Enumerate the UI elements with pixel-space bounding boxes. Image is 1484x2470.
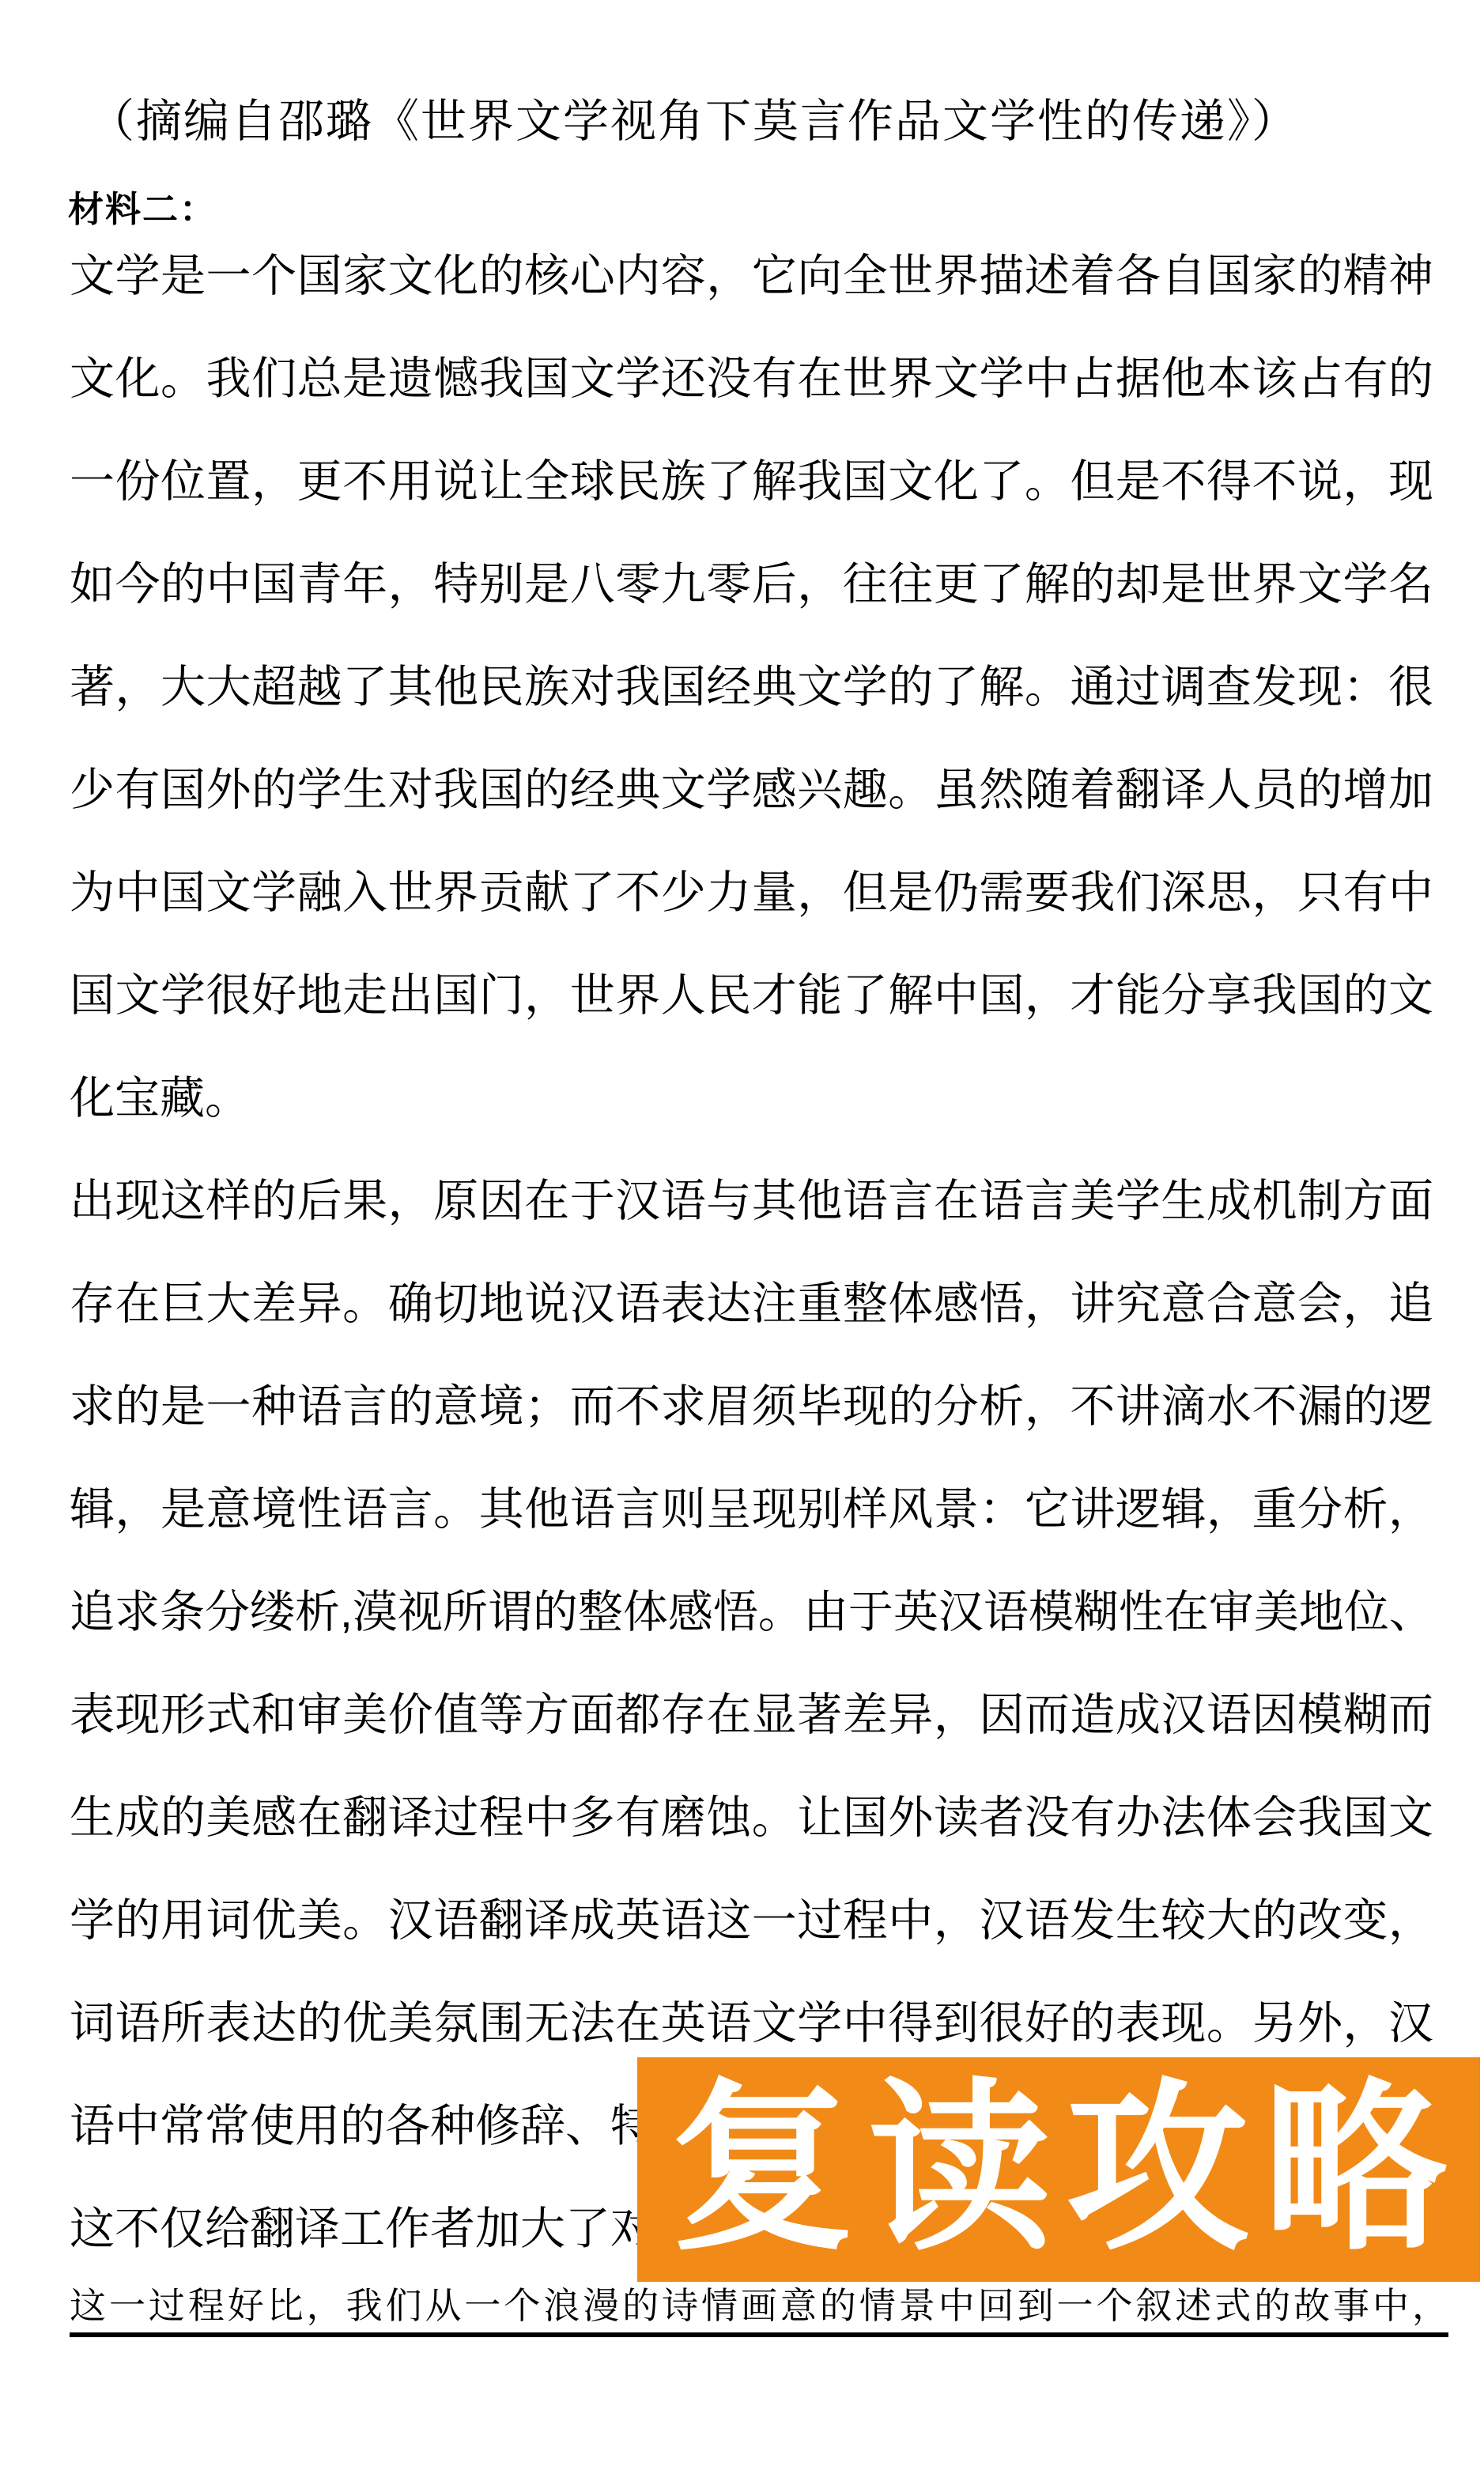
text-line: 出现这样的后果，原因在于汉语与其他语言在语言美学生成机制方面 — [70, 1150, 1433, 1252]
text-line: 追求条分缕析,漠视所谓的整体感悟。由于英汉语模糊性在审美地位、 — [70, 1561, 1433, 1664]
text-line: 一份位置，更不用说让全球民族了解我国文化了。但是不得不说，现 — [70, 430, 1433, 533]
watermark-banner: 复读攻略 — [637, 2057, 1480, 2282]
text-line: 为中国文学融入世界贡献了不少力量，但是仍需要我们深思，只有中 — [70, 841, 1433, 944]
text-line: 国文学很好地走出国门，世界人民才能了解中国，才能分享我国的文 — [70, 944, 1433, 1047]
text-line: 文学是一个国家文化的核心内容，它向全世界描述着各自国家的精神 — [70, 225, 1433, 327]
text-line: 生成的美感在翻译过程中多有磨蚀。让国外读者没有办法体会我国文 — [70, 1766, 1433, 1869]
text-line: 求的是一种语言的意境；而不求眉须毕现的分析，不讲滴水不漏的逻 — [70, 1355, 1433, 1458]
text-line: 学的用词优美。汉语翻译成英语这一过程中，汉语发生较大的改变， — [70, 1869, 1433, 1972]
text-line: 表现形式和审美价值等方面都存在显著差异，因而造成汉语因模糊而 — [70, 1664, 1433, 1766]
text-line: 少有国外的学生对我国的经典文学感兴趣。虽然随着翻译人员的增加 — [70, 738, 1433, 841]
footnote-line: 这一过程好比，我们从一个浪漫的诗情画意的情景中回到一个叙述式的故事中， — [70, 2287, 1448, 2337]
text-line: 化宝藏。 — [70, 1047, 1433, 1150]
text-line: 文化。我们总是遗憾我国文学还没有在世界文学中占据他本该占有的 — [70, 327, 1433, 430]
document-page: （摘编自邵璐《世界文学视角下莫言作品文学性的传递》） 材料二： 文学是一个国家文… — [0, 0, 1484, 2470]
body-text: 文学是一个国家文化的核心内容，它向全世界描述着各自国家的精神文化。我们总是遗憾我… — [70, 225, 1433, 2280]
watermark-text: 复读攻略 — [670, 2078, 1461, 2261]
text-line: 存在巨大差异。确切地说汉语表达注重整体感悟，讲究意合意会，追 — [70, 1252, 1433, 1355]
text-line: 辑，是意境性语言。其他语言则呈现别样风景：它讲逻辑，重分析， — [70, 1458, 1433, 1561]
citation-line: （摘编自邵璐《世界文学视角下莫言作品文学性的传递》） — [89, 93, 1385, 150]
text-line: 如今的中国青年，特别是八零九零后，往往更了解的却是世界文学名 — [70, 533, 1433, 636]
footnote-text: 这一过程好比，我们从一个浪漫的诗情画意的情景中回到一个叙述式的故事中， — [70, 2287, 1448, 2326]
text-line: 著，大大超越了其他民族对我国经典文学的了解。通过调查发现：很 — [70, 636, 1433, 738]
